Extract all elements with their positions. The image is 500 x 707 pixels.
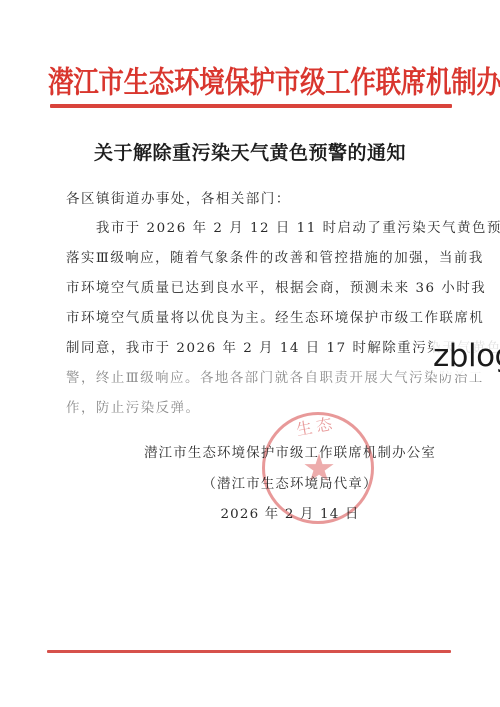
watermark-text: zblog — [433, 338, 500, 374]
body-line: 落实Ⅲ级响应，随着气象条件的改善和管控措施的加强，当前我 — [66, 249, 484, 269]
signature-date: 2026 年 2 月 14 日 — [0, 503, 500, 522]
body-line: 警，终止Ⅲ级响应。各地各部门就各自职责开展大气污染防治工 — [66, 369, 484, 389]
issuing-office-header: 潜江市生态环境保护市级工作联席机制办公室 — [48, 62, 454, 104]
signature-proxy-seal: （潜江市生态环境局代章） — [0, 473, 500, 492]
body-line: 作，防止污染反弹。 — [66, 399, 200, 419]
header-red-divider — [50, 104, 452, 108]
document-title: 关于解除重污染天气黄色预警的通知 — [0, 138, 500, 165]
signature-organization: 潜江市生态环境保护市级工作联席机制办公室 — [0, 442, 500, 461]
footer-red-divider — [47, 650, 451, 653]
salutation: 各区镇街道办事处，各相关部门： — [66, 185, 446, 215]
body-line: 市环境空气质量已达到良水平，根据会商，预测未来 36 小时我 — [66, 279, 486, 299]
body-line: 我市于 2026 年 2 月 12 日 11 时启动了重污染天气黄色预警， — [66, 219, 500, 239]
body-line: 市环境空气质量将以优良为主。经生态环境保护市级工作联席机 — [66, 309, 484, 329]
